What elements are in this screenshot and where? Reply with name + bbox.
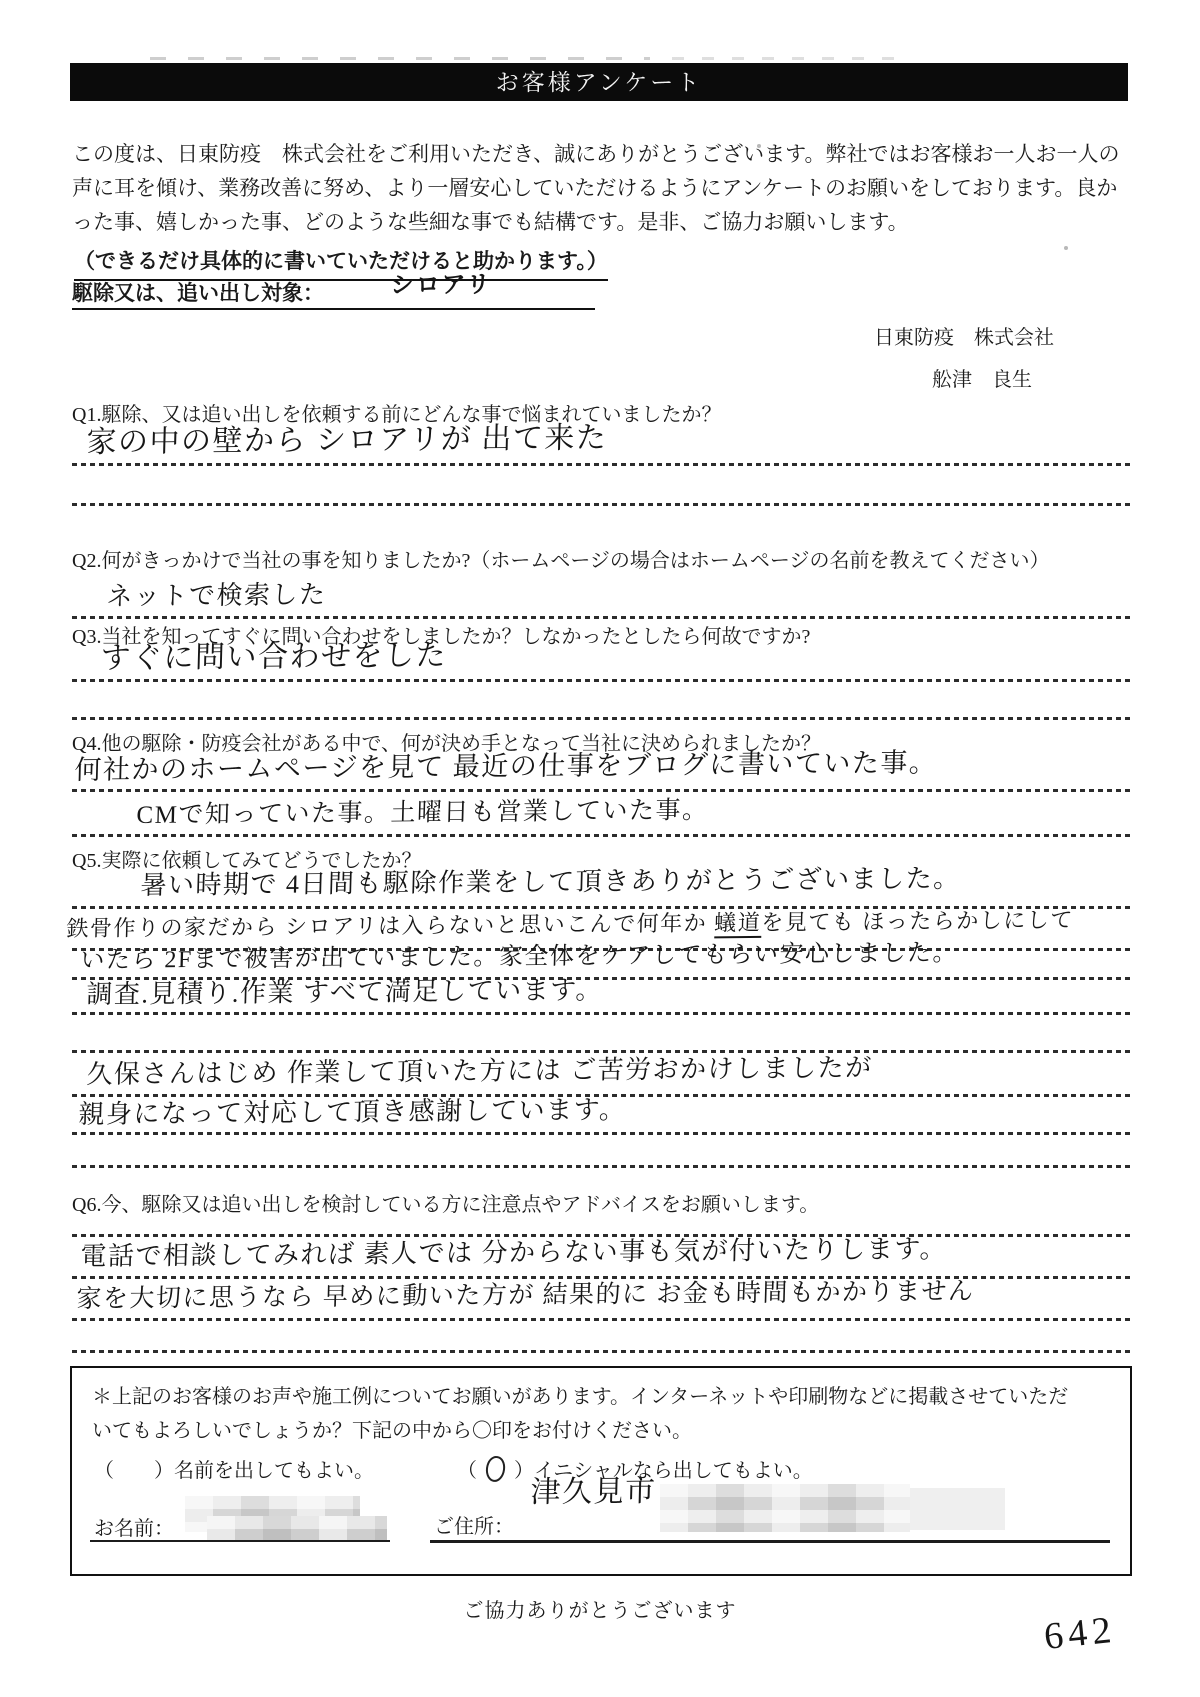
ruled-line <box>72 503 1132 506</box>
answer-q5-line5-handwriting: 久保さんはじめ 作業して頂いた方には ご苦労おかけしましたが <box>86 1051 873 1092</box>
redacted-name-blur <box>207 1516 387 1540</box>
target-label: 駆除又は、追い出し対象： <box>72 281 324 305</box>
answer-q6-line2-handwriting: 家を大切に思うなら 早めに動いた方が 結果的に お金も時間もかかりません <box>76 1275 975 1317</box>
answer-q3-handwriting: すぐに問い合わせをした <box>100 639 447 676</box>
answer-q5-line3-handwriting: いたら 2Fまで被害が出ていました。家全体をケアしてもらい安心しました。 <box>80 936 958 978</box>
scan-artifact <box>1064 246 1068 250</box>
page-title: お客様アンケート <box>496 70 703 95</box>
answer-q5-line6-handwriting: 親身になって対応して頂き感謝しています。 <box>78 1093 627 1132</box>
survey-scan-page: お客様アンケート この度は、日東防疫 株式会社をご利用いただき、誠にありがとうご… <box>0 0 1200 1697</box>
answer-q5-line2-underlined: 蟻道 <box>714 910 762 938</box>
question-q6: Q6.今、駆除又は追い出しを検討している方に注意点やアドバイスをお願いします。 <box>72 1188 819 1217</box>
consent-box: ＊上記のお客様のお声や施工例についてお願いがあります。インターネットや印刷物など… <box>70 1366 1132 1576</box>
ruled-line <box>72 1350 1132 1353</box>
answer-q5-line1-handwriting: 暑い時期で 4日間も駆除作業をして頂きありがとうございました。 <box>140 862 961 903</box>
consent-option-name: （ ）名前を出してもよい。 <box>94 1454 374 1483</box>
ruled-line <box>72 1012 1132 1015</box>
redacted-address-blur <box>910 1488 1005 1530</box>
scan-artifact <box>150 57 650 60</box>
answer-q1-handwriting: 家の中の壁から シロアリが 出て来た <box>86 421 608 460</box>
answer-q2-handwriting: ネットで検索した <box>106 578 327 614</box>
footer-thanks: ご協力ありがとうございます <box>0 1594 1200 1623</box>
ruled-line <box>72 1165 1132 1168</box>
scan-artifact <box>672 57 912 60</box>
ruled-line <box>72 1050 1132 1053</box>
ruled-line <box>72 679 1132 682</box>
ruled-line <box>72 1318 1132 1321</box>
address-underline <box>430 1540 1110 1543</box>
ruled-line <box>72 834 1132 837</box>
signature-block: 日東防疫 株式会社 舩津 良生 <box>874 321 1054 392</box>
address-label: ご住所： <box>434 1510 514 1539</box>
intro-line: 声に耳を傾け、業務改善に努め、より一層安心していただけるようにアンケートのお願い… <box>72 171 1130 205</box>
consent-line1: ＊上記のお客様のお声や施工例についてお願いがあります。インターネットや印刷物など… <box>92 1380 1068 1409</box>
answer-q6-line1-handwriting: 電話で相談してみれば 素人では 分からない事も気が付いたりします。 <box>80 1232 948 1274</box>
company-name: 日東防疫 株式会社 <box>874 321 1054 350</box>
intro-line: この度は、日東防疫 株式会社をご利用いただき、誠にありがとうございます。弊社では… <box>72 137 1130 171</box>
address-handwriting: 津久見市 <box>530 1475 657 1510</box>
intro-line: った事、嬉しかった事、どのような些細な事でも結構です。是非、ご協力お願いします。 <box>72 205 1130 239</box>
answer-q4-line1-handwriting: 何社かのホームページを見て 最近の仕事をブログに書いていた事。 <box>74 745 938 787</box>
target-row: 駆除又は、追い出し対象： シロアリ <box>72 277 595 310</box>
answer-q5-line2-pre: 鉄骨作りの家だから シロアリは入らないと思いこんで何年か <box>66 910 714 941</box>
staff-name: 舩津 良生 <box>874 363 1054 392</box>
ruled-line <box>72 1132 1132 1135</box>
answer-q5-line4-handwriting: 調査.見積り.作業 すべて満足しています。 <box>86 973 603 1012</box>
ruled-line <box>72 717 1132 720</box>
answer-q5-line2-post: を見ても ほったらかしにして <box>761 907 1074 935</box>
intro-paragraph: この度は、日東防疫 株式会社をご利用いただき、誠にありがとうございます。弊社では… <box>72 137 1130 239</box>
page-number-handwriting: 642 <box>1042 1613 1117 1654</box>
name-label: お名前： <box>94 1512 174 1541</box>
answer-q4-line2-handwriting: CMで知っていた事。土曜日も営業していた事。 <box>136 794 709 833</box>
ruled-line <box>72 463 1132 466</box>
title-bar: お客様アンケート <box>70 63 1128 101</box>
ruled-line <box>72 616 1132 619</box>
consent-option-initial-open-paren: （ <box>457 1460 477 1482</box>
redacted-address-blur <box>660 1484 910 1532</box>
consent-line2: いてもよろしいでしょうか？下記の中から〇印をお付けください。 <box>92 1414 692 1443</box>
ruled-line <box>72 789 1132 792</box>
note-line: （できるだけ具体的に書いていただけると助かります。） <box>74 245 608 281</box>
initial-consent-circle-mark <box>484 1455 506 1483</box>
target-answer-handwriting: シロアリ <box>390 268 492 303</box>
name-underline <box>90 1540 390 1542</box>
question-q2: Q2.何がきっかけで当社の事を知りましたか?（ホームページの場合はホームページの… <box>72 544 1050 573</box>
